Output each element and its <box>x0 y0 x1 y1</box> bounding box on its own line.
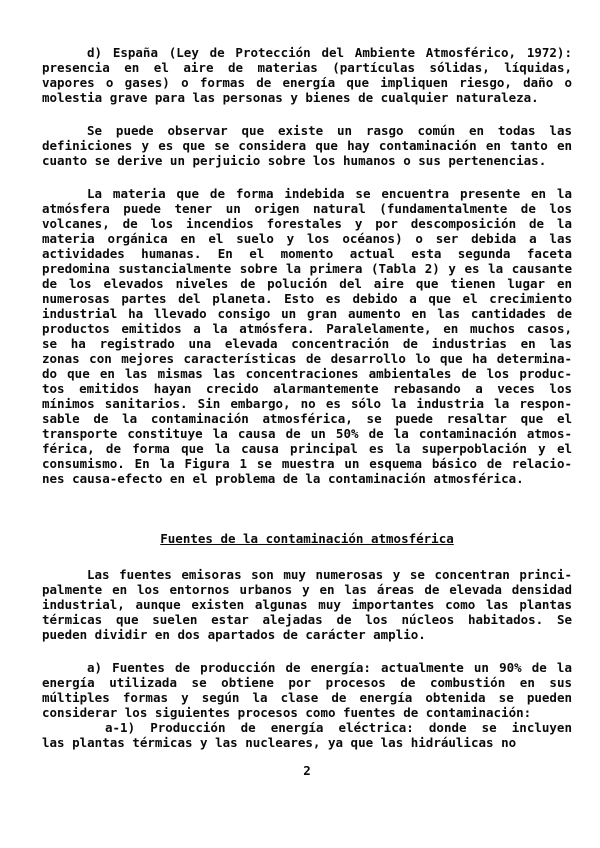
text-line: vapores o gases) o formas de energía que… <box>42 75 572 90</box>
text-line: industrial, aunque existen algunas muy i… <box>42 597 572 612</box>
text-line: pueden dividir en dos apartados de carác… <box>42 627 572 642</box>
text-line: a-1) Producción de energía eléctrica: do… <box>42 720 572 735</box>
text-line: predomina sustancialmente sobre la prime… <box>42 261 572 276</box>
text-line: molestia grave para las personas y biene… <box>42 90 572 105</box>
page-number: 2 <box>42 763 572 778</box>
text-line: se ha registrado una elevada concentraci… <box>42 336 572 351</box>
text-line: tos emitidos hayan crecido alarmantement… <box>42 381 572 396</box>
text-line: las plantas térmicas y las nucleares, ya… <box>42 735 572 750</box>
paragraph: a-1) Producción de energía eléctrica: do… <box>42 720 572 750</box>
text-line: definiciones y es que se considera que h… <box>42 138 572 153</box>
text-line: transporte constituye la causa de un 50%… <box>42 426 572 441</box>
text-line: térmicas que suelen estar alejadas de lo… <box>42 612 572 627</box>
text-line: palmente en los entornos urbanos y en la… <box>42 582 572 597</box>
text-line: zonas con mejores características de des… <box>42 351 572 366</box>
document-page: d) España (Ley de Protección del Ambient… <box>0 0 600 848</box>
text-line: numerosas partes del planeta. Esto es de… <box>42 291 572 306</box>
paragraph: Las fuentes emisoras son muy numerosas y… <box>42 567 572 642</box>
section-heading-text: Fuentes de la contaminación atmosférica <box>160 531 454 546</box>
text-line: múltiples formas y según la clase de ene… <box>42 690 572 705</box>
text-line: nes causa-efecto en el problema de la co… <box>42 471 572 486</box>
text-line: actividades humanas. En el momento actua… <box>42 246 572 261</box>
text-line: consumismo. En la Figura 1 se muestra un… <box>42 456 572 471</box>
text-line: d) España (Ley de Protección del Ambient… <box>42 45 572 60</box>
paragraph: d) España (Ley de Protección del Ambient… <box>42 45 572 105</box>
text-line: considerar los siguientes procesos como … <box>42 705 572 720</box>
text-line: La materia que de forma indebida se encu… <box>42 186 572 201</box>
text-line: do que en las mismas las concentraciones… <box>42 366 572 381</box>
paragraph: Se puede observar que existe un rasgo co… <box>42 123 572 168</box>
paragraph: La materia que de forma indebida se encu… <box>42 186 572 486</box>
text-line: sable de la contaminación atmosférica, s… <box>42 411 572 426</box>
text-line: presencia en el aire de materias (partíc… <box>42 60 572 75</box>
section-heading: Fuentes de la contaminación atmosférica <box>42 531 572 546</box>
text-line: productos emitidos a la atmósfera. Paral… <box>42 321 572 336</box>
text-line: volcanes, de los incendios forestales y … <box>42 216 572 231</box>
text-line: férica, de forma que la causa principal … <box>42 441 572 456</box>
paragraph: a) Fuentes de producción de energía: act… <box>42 660 572 720</box>
text-line: atmósfera puede tener un origen natural … <box>42 201 572 216</box>
text-line: materia orgánica en el suelo y los océan… <box>42 231 572 246</box>
text-line: Las fuentes emisoras son muy numerosas y… <box>42 567 572 582</box>
text-line: Se puede observar que existe un rasgo co… <box>42 123 572 138</box>
text-line: de los elevados niveles de polución del … <box>42 276 572 291</box>
text-line: cuanto se derive un perjuicio sobre los … <box>42 153 572 168</box>
document-body: d) España (Ley de Protección del Ambient… <box>42 45 572 750</box>
text-line: industrial ha llevado consigo un gran au… <box>42 306 572 321</box>
text-line: a) Fuentes de producción de energía: act… <box>42 660 572 675</box>
text-line: mínimos sanitarios. Sin embargo, no es s… <box>42 396 572 411</box>
text-line: energía utilizada se obtiene por proceso… <box>42 675 572 690</box>
